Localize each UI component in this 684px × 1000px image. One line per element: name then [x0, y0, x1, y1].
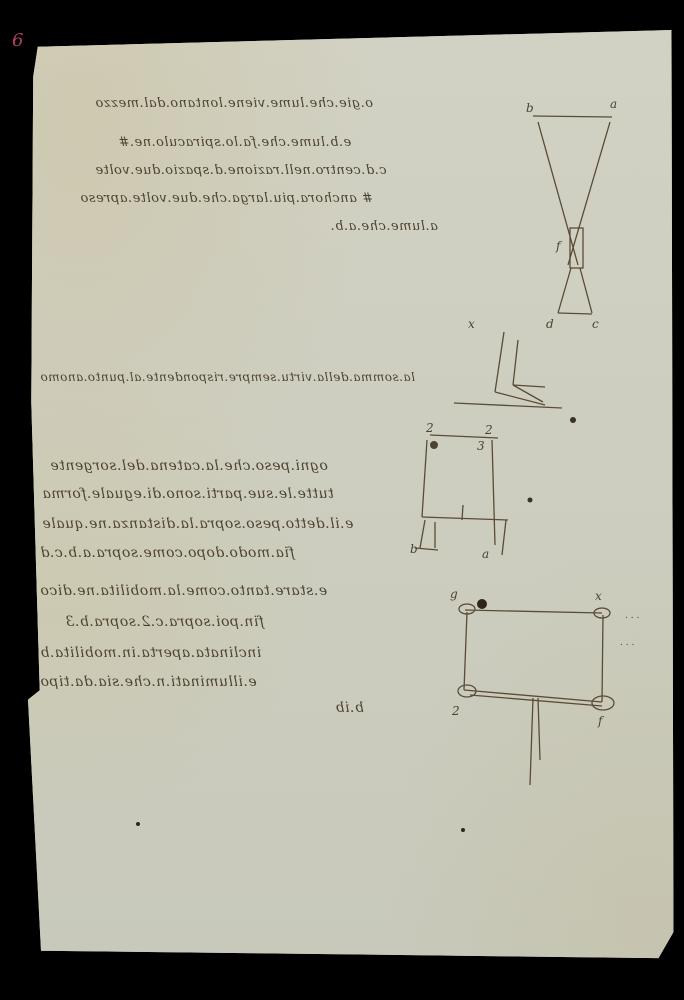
label-3: 3 [477, 439, 485, 453]
label-2: 2 [425, 421, 434, 435]
label-2: 2 [451, 704, 460, 718]
text-line: a.lume.che.a.b. [330, 219, 438, 234]
text-line: ogni.peso.che.la.catena.del.sorgente [50, 458, 328, 474]
text-single-line: la.somma.della.virtu.sempre.rispondente.… [40, 370, 415, 384]
text-line: fia.modo.dopo.come.sopra.a.b.c.d [40, 545, 295, 561]
text-line: e.b.lume.che.fa.lo.spiraculo.ne.# [118, 135, 351, 150]
label-a: a [610, 97, 617, 111]
frame-large-diagram: g x 2 f . . . . . . [430, 580, 650, 790]
label-f: f [555, 239, 563, 253]
text-line: c.d.centro.nell.razione.d.spazio.due.vol… [95, 163, 387, 178]
label-a: a [482, 547, 489, 561]
label-f: f [597, 714, 605, 728]
text-line: e.il.detto.peso.sopra.la.distanza.ne.qua… [42, 516, 353, 532]
svg-text:. . .: . . . [625, 611, 639, 621]
funnel-diagram: b a f d c [500, 80, 640, 340]
ink-dot [570, 417, 576, 423]
ink-dot [136, 822, 140, 826]
text-line: e.illuminati.n.che.sia.da.tipo [40, 674, 257, 690]
text-line: o.gie.che.lume.viene.lontano.dal.mezzo [95, 96, 373, 111]
text-line: # anchora.piu.larga.che.due.volte.apreso [80, 191, 373, 206]
label-b: b [410, 542, 418, 556]
ink-dot [461, 828, 465, 832]
label-2b: 2 [484, 423, 493, 437]
text-line: inclinata.aperta.in.mobilita.b [40, 645, 261, 661]
svg-text:. . .: . . . [620, 638, 634, 648]
label-x: x [595, 589, 602, 603]
label-x: x [468, 317, 475, 331]
text-line: e.stare.tanto.come.la.mobilita.ne.dico [40, 583, 327, 599]
frame-small-diagram: 2 2 3 b a [400, 410, 540, 580]
text-line: b.ib [335, 700, 364, 716]
folio-number: 6 [12, 30, 23, 51]
label-b: b [526, 101, 534, 115]
text-line: tutte.le.sue.parti.sono.di.eguale.forma [42, 486, 334, 502]
label-g: g [450, 587, 458, 601]
text-line: fin.poi.sopra.c.2.sopra.b.3 [65, 614, 264, 630]
